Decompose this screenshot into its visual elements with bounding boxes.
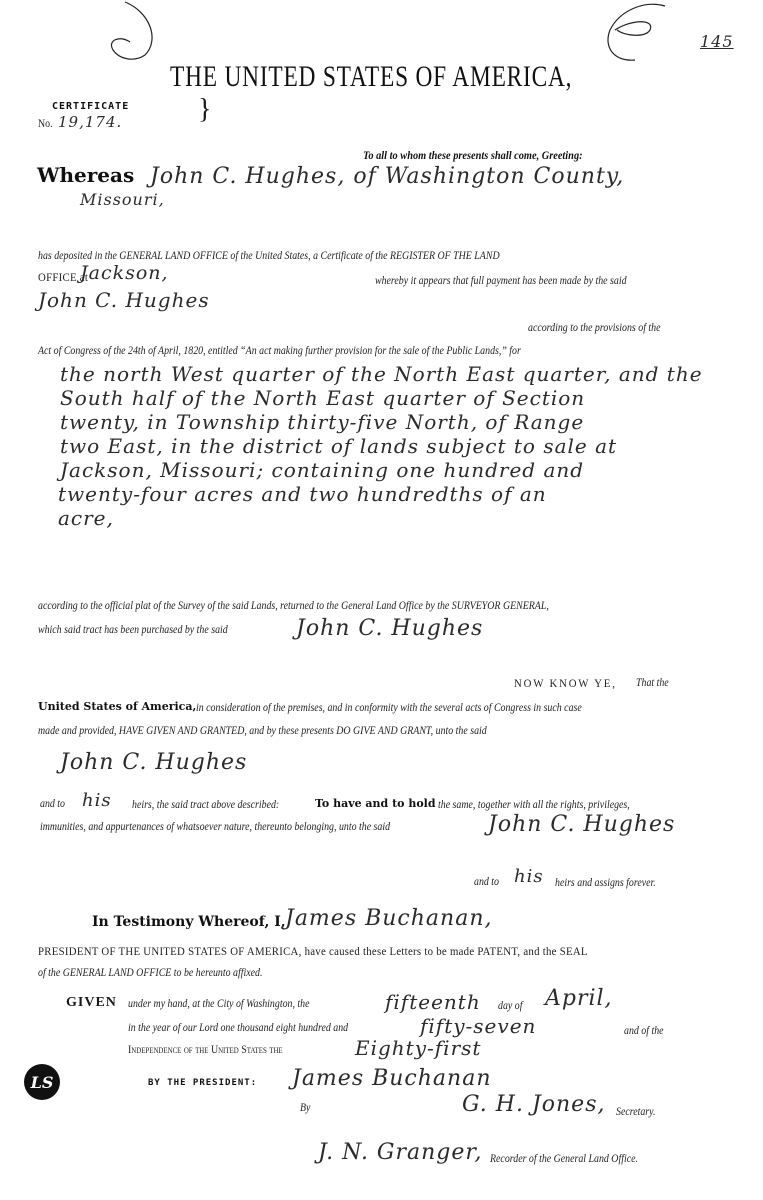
act-line: Act of Congress of the 24th of April, 18… — [38, 345, 521, 357]
heirs-and-assigns: heirs and assigns forever. — [555, 877, 656, 889]
seal-icon: LS — [24, 1064, 60, 1100]
heirs-line: heirs, the said tract above described: — [132, 799, 279, 811]
deposit-line1: has deposited in the GENERAL LAND OFFICE… — [38, 250, 500, 262]
his-1: his — [82, 790, 112, 811]
purchaser-name: John C. Hughes — [296, 616, 483, 641]
given-day: fifteenth — [385, 990, 481, 1014]
that-the: That the — [636, 677, 669, 689]
given-line1: under my hand, at the City of Washington… — [128, 998, 310, 1010]
immunities-line: immunities, and appurtenances of whatsoe… — [40, 821, 390, 833]
certificate-label: CERTIFICATE — [52, 101, 129, 112]
forever-and-to: and to — [474, 876, 499, 888]
recorder-signature: J. N. Granger, — [318, 1140, 483, 1165]
land-description-line: Jackson, Missouri; containing one hundre… — [60, 458, 584, 482]
by-label: By — [300, 1102, 310, 1114]
land-description-line: twenty-four acres and two hundredths of … — [58, 482, 547, 506]
independence-prefix: Independence of the United States the — [128, 1044, 283, 1056]
margin-mark-left — [105, 0, 165, 70]
whereas-label: Whereas — [37, 163, 134, 187]
given-year: fifty-seven — [420, 1014, 536, 1038]
heirs-line-rest: the same, together with all the rights, … — [438, 799, 630, 811]
now-know-ye: NOW KNOW YE, — [514, 676, 617, 691]
day-of: day of — [498, 1000, 522, 1012]
testimony-line1: PRESIDENT OF THE UNITED STATES OF AMERIC… — [38, 944, 588, 959]
office-name: Jackson, — [80, 262, 169, 284]
given-label: GIVEN — [66, 995, 117, 1011]
grant-line2: made and provided, HAVE GIVEN AND GRANTE… — [38, 725, 487, 737]
grant-grantee: John C. Hughes — [60, 750, 247, 775]
testimony-label: In Testimony Whereof, I, — [92, 914, 286, 930]
recorder-title: Recorder of the General Land Office. — [490, 1153, 638, 1165]
by-the-president: BY THE PRESIDENT: — [148, 1078, 257, 1088]
president-name: James Buchanan, — [285, 906, 493, 931]
certificate-brace: } — [198, 96, 211, 124]
testimony-line2: of the GENERAL LAND OFFICE to be hereunt… — [38, 967, 262, 979]
year-prefix: in the year of our Lord one thousand eig… — [128, 1022, 348, 1034]
land-description-line: the north West quarter of the North East… — [60, 362, 703, 386]
document-title: THE UNITED STATES OF AMERICA, — [170, 60, 572, 94]
president-signature: James Buchanan — [292, 1066, 492, 1091]
grantee-name-line1: John C. Hughes, of Washington County, — [150, 164, 624, 189]
given-month: April, — [545, 986, 613, 1011]
land-description-line: two East, in the district of lands subje… — [60, 434, 617, 458]
margin-mark-right — [595, 0, 675, 70]
secretary-title: Secretary. — [616, 1106, 655, 1118]
and-of-the: and of the — [624, 1025, 664, 1037]
secretary-signature: G. H. Jones, — [462, 1092, 605, 1117]
page-number: 145 — [700, 32, 734, 51]
whereby-text: whereby it appears that full payment has… — [375, 275, 627, 287]
grant-grantee-2: John C. Hughes — [488, 812, 675, 837]
us-label: United States of America, — [38, 700, 196, 713]
act-according: according to the provisions of the — [528, 322, 660, 334]
land-description-line: acre, — [58, 506, 114, 530]
certificate-no-label: No. — [38, 118, 53, 130]
his-2: his — [514, 866, 544, 887]
and-to: and to — [40, 798, 65, 810]
purchased-prefix: which said tract has been purchased by t… — [38, 624, 228, 636]
grantee-name-line2: Missouri, — [80, 190, 165, 209]
to-have-and-to-hold: To have and to hold — [315, 797, 436, 810]
land-description-line: South half of the North East quarter of … — [60, 386, 585, 410]
independence-year: Eighty-first — [355, 1036, 481, 1060]
survey-line1: according to the official plat of the Su… — [38, 600, 549, 612]
greeting: To all to whom these presents shall come… — [363, 150, 583, 162]
payer-name: John C. Hughes — [38, 288, 210, 312]
grant-line1-rest: in consideration of the premises, and in… — [196, 702, 582, 714]
land-description-line: twenty, in Township thirty-five North, o… — [60, 410, 584, 434]
certificate-number: 19,174. — [58, 113, 122, 131]
